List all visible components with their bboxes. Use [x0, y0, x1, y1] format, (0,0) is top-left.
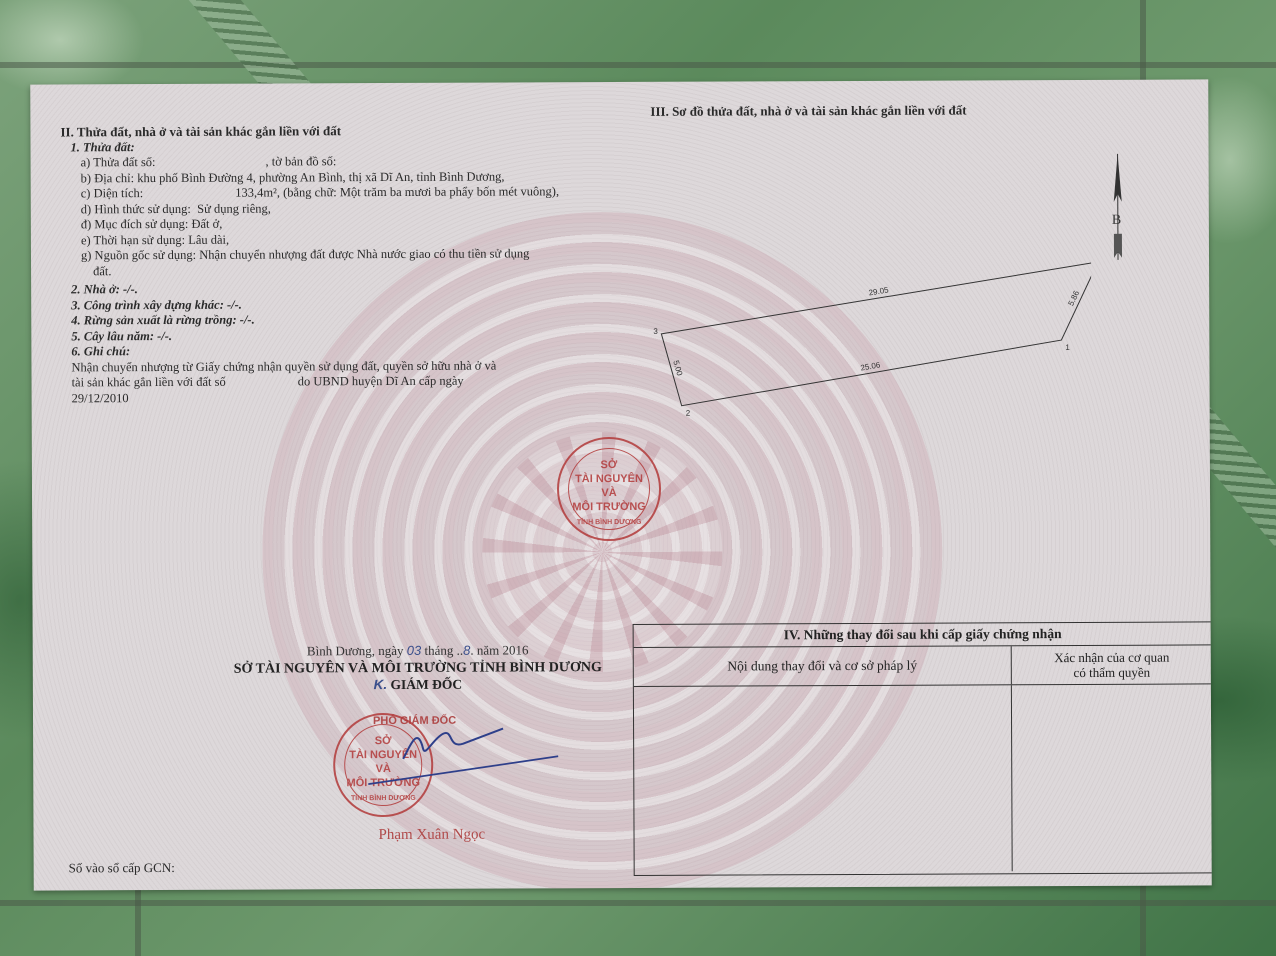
- column-authority-confirmation: Xác nhận của cơ quancó thẩm quyền: [1012, 645, 1212, 684]
- change-content-cell: [634, 685, 1013, 873]
- issuing-organization: SỞ TÀI NGUYÊN VÀ MÔI TRƯỜNG TỈNH BÌNH DƯ…: [183, 660, 653, 678]
- column-change-content: Nội dung thay đổi và cơ sở pháp lý: [634, 646, 1012, 686]
- svg-text:1: 1: [1065, 343, 1070, 352]
- issue-month: 8: [463, 643, 470, 658]
- area-row: c) Diện tích:133,4m², (bằng chữ: Một tră…: [61, 184, 559, 202]
- notes-line-3: 29/12/2010: [62, 389, 560, 407]
- section-4-heading: IV. Những thay đổi sau khi cấp giấy chứn…: [634, 622, 1212, 648]
- signature-scribble: [363, 718, 563, 789]
- tile-grout: [0, 900, 1276, 906]
- section-3-heading: III. Sơ đồ thửa đất, nhà ở và tài sản kh…: [650, 102, 966, 119]
- signature-block: Bình Dương, ngày 03 tháng ..8. năm 2016 …: [183, 642, 653, 694]
- svg-text:5.86: 5.86: [1066, 289, 1081, 307]
- registry-number-label: Số vào sổ cấp GCN:: [69, 860, 175, 876]
- north-arrow-icon: B: [1103, 152, 1133, 262]
- area-value: 133,4m², (bằng chữ: Một trăm ba mươi ba …: [235, 184, 559, 199]
- svg-text:25.06: 25.06: [860, 360, 882, 372]
- issue-date: Bình Dương, ngày 03 tháng ..8. năm 2016: [183, 642, 653, 660]
- changes-table: IV. Những thay đổi sau khi cấp giấy chứn…: [633, 621, 1212, 876]
- tile-grout: [0, 62, 1276, 68]
- svg-text:29.05: 29.05: [868, 285, 890, 297]
- svg-text:B: B: [1112, 213, 1121, 228]
- signer-role: K. GIÁM ĐỐC: [183, 676, 653, 694]
- svg-text:3: 3: [653, 327, 658, 336]
- address-value: khu phố Bình Đường 4, phường An Bình, th…: [137, 169, 504, 185]
- issue-day: 03: [407, 643, 422, 658]
- parcel-diagram: 123429.055.8625.065.00: [611, 250, 1092, 432]
- notes-line-1: Nhận chuyển nhượng từ Giấy chứng nhận qu…: [61, 358, 559, 376]
- land-use-certificate: II. Thửa đất, nhà ở và tài sản khác gắn …: [30, 79, 1212, 890]
- tile-grout: [135, 880, 141, 956]
- svg-text:2: 2: [686, 409, 691, 418]
- signer-name: Phạm Xuân Ngọc: [378, 827, 485, 844]
- usage-origin-row: g) Nguồn gốc sử dụng: Nhận chuyển nhượng…: [61, 246, 559, 264]
- official-seal-center: SỞ TÀI NGUYÊN VÀ MÔI TRƯỜNG TỈNH BÌNH DƯ…: [557, 437, 661, 541]
- section-2: II. Thửa đất, nhà ở và tài sản khác gắn …: [60, 122, 560, 406]
